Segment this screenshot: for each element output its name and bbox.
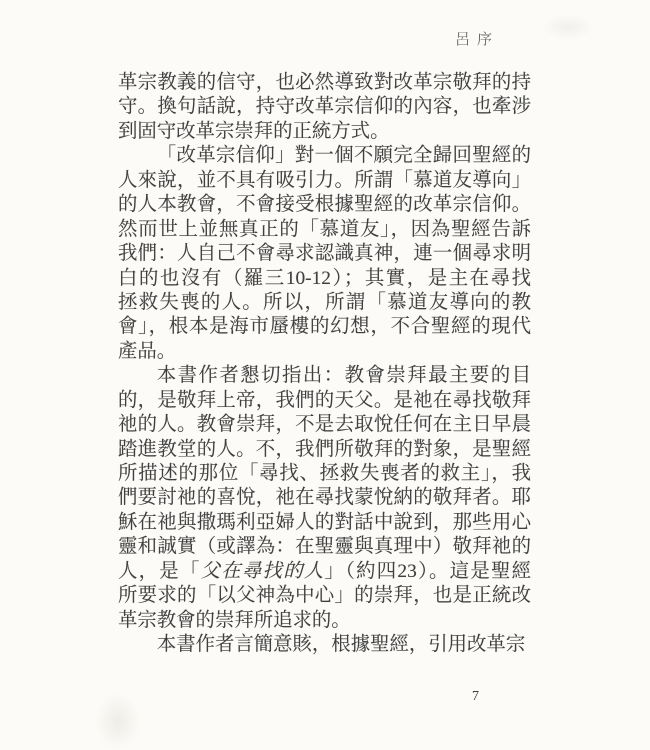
text-line: 會」，根本是海市蜃樓的幻想，不合聖經的現代 — [118, 315, 531, 339]
body-text: 革宗教義的信守，也必然導致對改革宗敬拜的持守。換句話說，持守改革宗信仰的內容，也… — [118, 71, 531, 658]
text-line: 的，是敬拜上帝，我們的天父。是祂在尋找敬拜 — [118, 389, 531, 413]
text-line: 靈和誠實（或譯為：在聖靈與真理中）敬拜祂的 — [118, 535, 531, 559]
text-run: 革宗教義的信守，也必然導致對改革宗敬拜的持 — [118, 72, 531, 93]
text-line: 我們：人自己不會尋求認識真神，連一個尋求明 — [118, 242, 531, 266]
text-line: 產品。 — [118, 340, 531, 364]
text-line: 祂的人。教會崇拜，不是去取悅任何在主日早晨 — [118, 413, 531, 437]
text-run: 拯救失喪的人。所以，所謂「慕道友導向的教 — [118, 292, 531, 313]
text-run: 我們：人自己不會尋求認識真神，連一個尋求明 — [118, 243, 531, 264]
text-run: 會」，根本是海市蜃樓的幻想，不合聖經的現代 — [118, 316, 531, 337]
text-line: 守。換句話說，持守改革宗信仰的內容，也牽涉 — [118, 95, 531, 119]
text-run: 所要求的「以父神為中心」的崇拜，也是正統改 — [118, 585, 531, 606]
text-line: 踏進教堂的人。不，我們所敬拜的對象，是聖經 — [118, 438, 531, 462]
text-run: 的，是敬拜上帝，我們的天父。是祂在尋找敬拜 — [118, 390, 531, 411]
text-run: 人來說，並不具有吸引力。所謂「慕道友導向」 — [118, 170, 531, 191]
text-run: 所描述的那位「尋找、拯救失喪者的救主」，我 — [118, 463, 531, 484]
text-line: 「改革宗信仰」對一個不願完全歸回聖經的 — [118, 144, 531, 168]
text-run: 祂的人。教會崇拜，不是去取悅任何在主日早晨 — [118, 414, 531, 435]
text-line: 所描述的那位「尋找、拯救失喪者的救主」，我 — [118, 462, 531, 486]
text-run: 本書作者言簡意賅，根據聖經，引用改革宗 — [157, 634, 525, 655]
text-run: 然而世上並無真正的「慕道友」，因為聖經告訴 — [118, 219, 531, 240]
page-number: 7 — [472, 689, 479, 705]
scan-smudge-topright — [542, 14, 594, 40]
text-run: 」（約四23）。這是聖經 — [325, 561, 532, 582]
running-header: 呂序 — [455, 28, 499, 49]
book-page: 呂序 革宗教義的信守，也必然導致對改革宗敬拜的持守。換句話說，持守改革宗信仰的內… — [0, 0, 650, 750]
text-run: 人，是「 — [118, 561, 201, 582]
text-run: 靈和誠實（或譯為：在聖靈與真理中）敬拜祂的 — [118, 536, 531, 557]
text-line: 拯救失喪的人。所以，所謂「慕道友導向的教 — [118, 291, 531, 315]
text-line: 人來說，並不具有吸引力。所謂「慕道友導向」 — [118, 169, 531, 193]
text-run: 的人本教會，不會接受根據聖經的改革宗信仰。 — [118, 194, 531, 215]
text-run: 們要討祂的喜悅，祂在尋找蒙悅納的敬拜者。耶 — [118, 487, 531, 508]
text-line: 革宗教義的信守，也必然導致對改革宗敬拜的持 — [118, 71, 531, 95]
text-line: 的人本教會，不會接受根據聖經的改革宗信仰。 — [118, 193, 531, 217]
text-run: 產品。 — [118, 341, 176, 362]
text-line: 們要討祂的喜悅，祂在尋找蒙悅納的敬拜者。耶 — [118, 486, 531, 510]
text-run: 穌在祂與撒瑪利亞婦人的對話中說到，那些用心 — [118, 512, 531, 533]
text-line: 穌在祂與撒瑪利亞婦人的對話中說到，那些用心 — [118, 511, 531, 535]
text-line: 本書作者言簡意賅，根據聖經，引用改革宗 — [118, 633, 531, 657]
text-run: 踏進教堂的人。不，我們所敬拜的對象，是聖經 — [118, 439, 531, 460]
text-line: 所要求的「以父神為中心」的崇拜，也是正統改 — [118, 584, 531, 608]
text-line: 本書作者懇切指出：教會崇拜最主要的目 — [118, 364, 531, 388]
text-line: 革宗教會的崇拜所追求的。 — [118, 609, 531, 633]
kai-emphasis-run: 父在尋找的人 — [201, 561, 325, 582]
text-line: 白的也沒有（羅三10-12）；其實，是主在尋找 — [118, 267, 531, 291]
text-run: 白的也沒有（羅三10-12）；其實，是主在尋找 — [118, 268, 531, 289]
text-line: 人，是「父在尋找的人」（約四23）。這是聖經 — [118, 560, 531, 584]
text-run: 革宗教會的崇拜所追求的。 — [118, 610, 351, 631]
text-run: 到固守改革宗崇拜的正統方式。 — [118, 121, 389, 142]
text-run: 本書作者懇切指出：教會崇拜最主要的目 — [157, 365, 531, 386]
text-run: 守。換句話說，持守改革宗信仰的內容，也牽涉 — [118, 96, 531, 117]
scan-smudge-bottom — [96, 693, 140, 750]
text-line: 然而世上並無真正的「慕道友」，因為聖經告訴 — [118, 218, 531, 242]
text-run: 「改革宗信仰」對一個不願完全歸回聖經的 — [157, 145, 531, 166]
text-line: 到固守改革宗崇拜的正統方式。 — [118, 120, 531, 144]
